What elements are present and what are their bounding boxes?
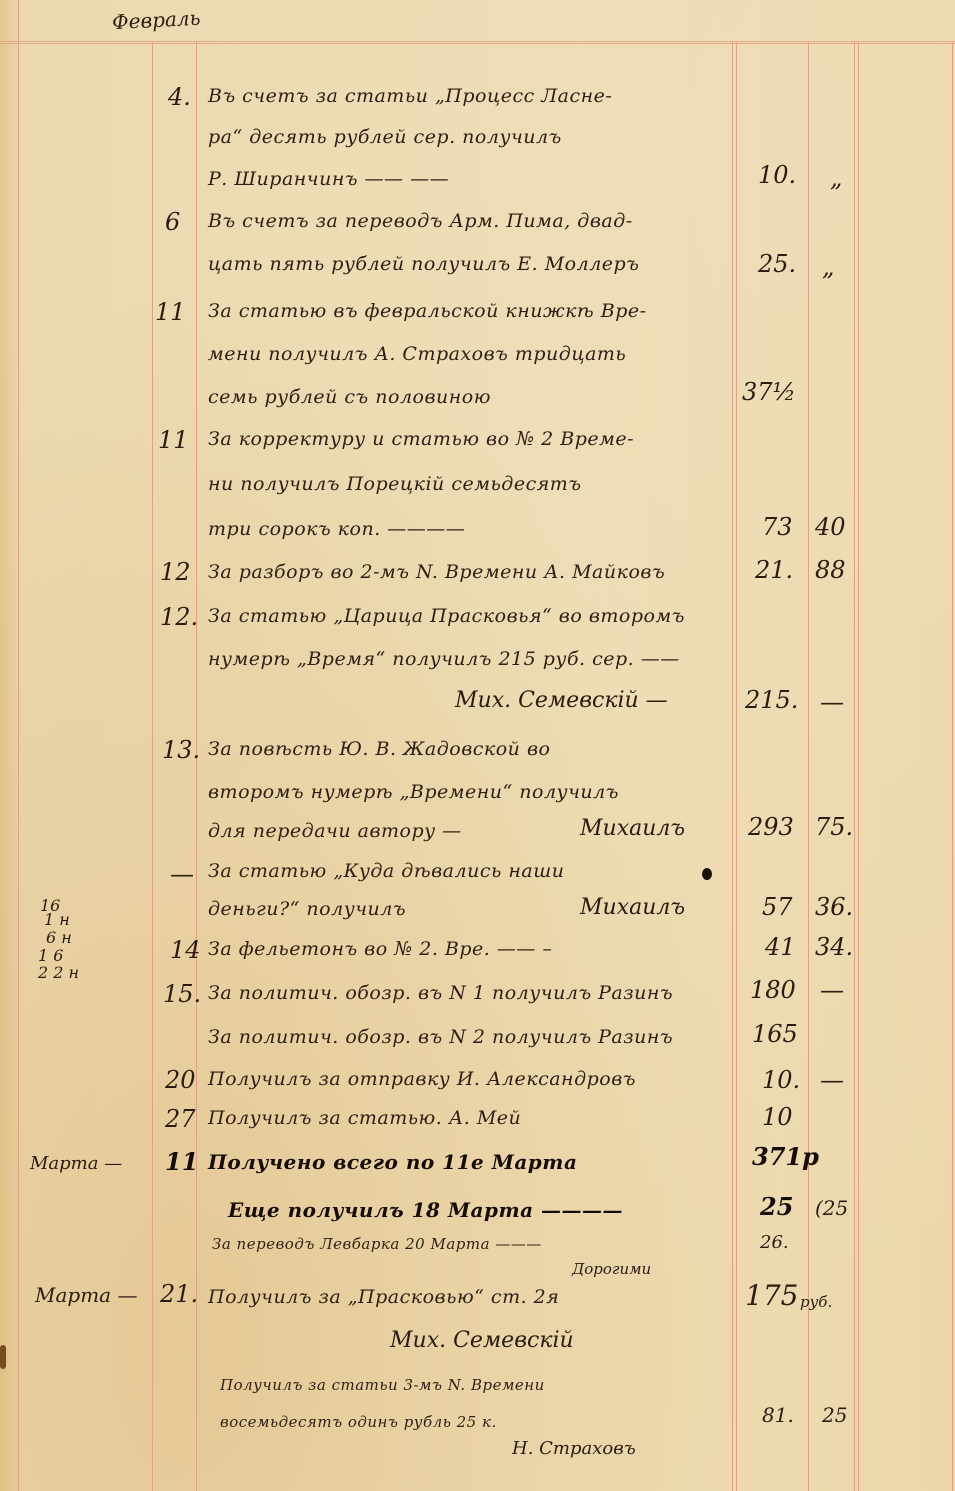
entry-text-line: За статью „Куда дѣвались наши [208,862,564,881]
margin-month-march: Марта — [30,1155,122,1173]
entry-text-line: За переводъ Левбарка 20 Марта ——— [212,1237,542,1252]
entry-kopecks: — [820,978,844,1002]
entry-kopecks: 88 [815,558,846,582]
entry-text-line: За повѣсть Ю. В. Жадовской во [208,740,550,759]
ledger-page: Февраль 4. Въ счетъ за статьи „Процесс Л… [0,0,955,1491]
entry-text-line: За разборъ во 2-мъ N. Времени А. Майковъ [208,563,665,582]
margin-month-march: Марта — [35,1285,137,1305]
entry-text-line: второмъ нумерѣ „Времени“ получилъ [208,783,619,802]
entry-rubles: 165 [752,1022,798,1046]
entry-kopecks: (25 [815,1198,848,1218]
entry-text-line: За фельетонъ во № 2. Вре. —— – [208,940,552,959]
ink-blot [702,868,712,880]
entry-kopecks: „ [830,166,842,190]
entry-kopecks: 36. [815,895,853,919]
entry-text-line: семь рублей съ половиною [208,388,491,407]
entry-date: 12. [160,605,198,629]
text-column-rule [196,42,197,1491]
left-edge-rule [18,0,19,1491]
entry-rubles: 175 [745,1282,798,1310]
margin-calculation: 1 н [44,912,70,928]
entry-rubles: 10 [762,1105,793,1129]
entry-date: — [170,862,194,886]
entry-date: 12 [160,560,191,584]
entry-date: 21. [160,1282,198,1306]
entry-superscript: Дорогими [572,1262,651,1277]
date-column-rule [152,42,153,1491]
entry-text-line: деньги?“ получилъ [208,900,406,919]
entry-date: 11 [158,428,189,452]
entry-signature: Михаилъ [580,818,685,840]
entry-text-line: нумерѣ „Время“ получилъ 215 руб. сер. —— [208,650,680,669]
entry-date: 20 [165,1068,196,1092]
entry-kopecks: — [820,690,844,714]
entry-text-line: За корректуру и статью во № 2 Време- [208,430,634,449]
entry-date: 15. [163,982,201,1006]
entry-date: 6 [165,210,180,234]
entry-date: 11 [165,1150,198,1174]
entry-text-line: ра“ десять рублей сер. получилъ [208,128,562,147]
entry-rubles: 180 [750,978,796,1002]
entry-text-line: Получилъ за отправку И. Александровъ [208,1070,636,1089]
kopecks-column-rule [808,42,809,1491]
entry-kopecks: 34. [815,935,853,959]
entry-kopecks: — [820,1068,844,1092]
header-rule [0,41,955,44]
entry-text-line: За статью „Царица Прасковья“ во второмъ [208,607,685,626]
paper-stain [0,1345,6,1369]
entry-signature: Н. Страховъ [512,1440,636,1458]
entry-text-line: Получено всего по 11е Марта [208,1152,577,1172]
entry-rubles: 371р [752,1145,819,1169]
entry-rubles: 21. [755,558,793,582]
entry-signature: Михаилъ [580,897,685,919]
entry-text-line: для передачи автору — [208,822,462,841]
entry-kopecks: „ [822,255,834,279]
entry-rubles: 73 [762,515,793,539]
entry-kopecks: 75. [815,815,853,839]
entry-date: 14 [170,938,201,962]
entry-text-line: Р. Ширанчинъ —— —— [208,170,449,189]
rubles-column-rule [732,42,737,1491]
entry-date: 27 [165,1107,196,1131]
margin-calculation: 6 н [46,930,72,946]
entry-rubles: 10. [762,1068,800,1092]
entry-signature: Мих. Семевскій — [455,690,668,712]
entry-text-line: мени получилъ А. Страховъ тридцать [208,345,626,364]
entry-rubles: 25 [760,1195,793,1219]
month-header: Февраль [111,6,201,35]
margin-calculation: 2 2 н [38,965,79,981]
entry-text-line: Получилъ за „Прасковью“ ст. 2я [208,1288,559,1307]
entry-text-line: За статью въ февральской книжкѣ Вре- [208,302,647,321]
right-edge-rule [952,42,953,1491]
entry-date: 11 [155,300,186,324]
entry-text-line: ни получилъ Порецкій семьдесятъ [208,475,582,494]
entry-text-line: Получилъ за статьи 3-мъ N. Времени [220,1378,545,1393]
entry-text-line: За политич. обозр. въ N 1 получилъ Разин… [208,984,673,1003]
entry-date: 13. [162,738,200,762]
entry-signature: Мих. Семевскій [390,1330,574,1352]
entry-text-line: Получилъ за статью. А. Мей [208,1109,521,1128]
entry-rubles: 25. [758,252,796,276]
entry-rubles: 10. [758,163,796,187]
entry-text-line: Въ счетъ за статьи „Процесс Ласне- [208,87,612,106]
total-column-rule [854,42,859,1491]
entry-rubles: 26. [760,1234,789,1252]
entry-text-line: три сорокъ коп. ———— [208,520,465,539]
entry-text-line: Въ счетъ за переводъ Арм. Пима, двад- [208,212,633,231]
margin-calculation: 1 6 [38,948,63,964]
entry-text-line: цать пять рублей получилъ Е. Моллеръ [208,255,639,274]
entry-date: 4. [168,85,191,109]
entry-rubles: 293 [748,815,794,839]
entry-rubles-suffix: руб. [800,1295,832,1310]
entry-rubles: 57 [762,895,793,919]
entry-text-line: За политич. обозр. въ N 2 получилъ Разин… [208,1028,673,1047]
entry-kopecks: 25 [822,1405,847,1425]
entry-text-line: Еще получилъ 18 Марта ———— [228,1200,623,1220]
entry-rubles: 37½ [742,380,796,404]
entry-kopecks: 40 [815,515,846,539]
entry-text-line: восемьдесятъ одинъ рубль 25 к. [220,1415,497,1430]
entry-rubles: 215. [745,688,798,712]
entry-rubles: 81. [762,1405,794,1425]
entry-rubles: 41 [765,935,796,959]
